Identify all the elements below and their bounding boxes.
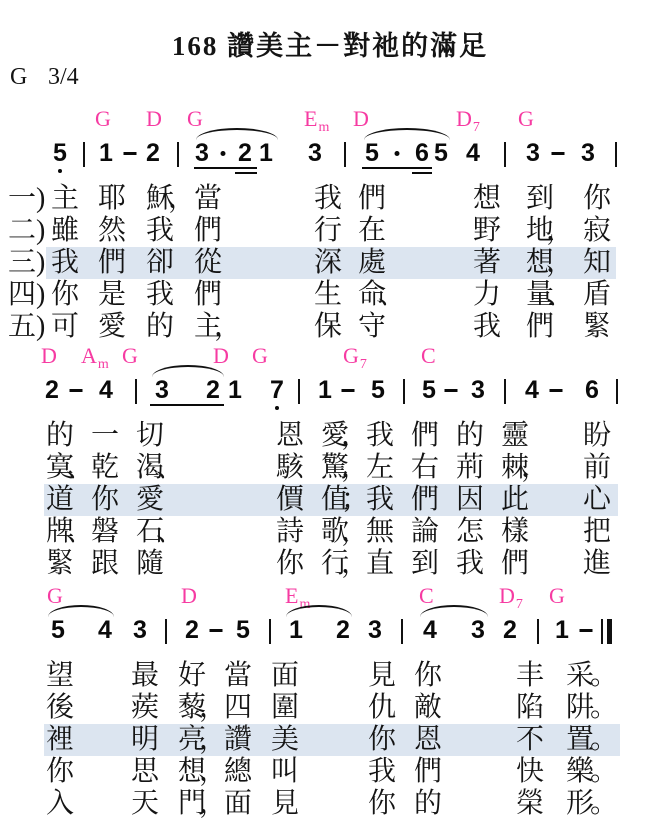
lyric-char: 我	[368, 756, 396, 788]
note-digit: 5	[422, 377, 436, 403]
lyric-char: 思	[131, 756, 159, 788]
lyric-char: 把	[583, 516, 611, 548]
lyric-char: 可	[51, 311, 79, 343]
lyric-char: 們	[98, 247, 126, 279]
augmentation-dot	[395, 151, 400, 156]
note-digit: 3	[155, 377, 169, 403]
note-digit: 3	[471, 377, 485, 403]
note-digit: 5	[434, 140, 448, 166]
lyric-char: 不	[516, 724, 544, 756]
verse-label: 五)	[8, 311, 45, 343]
lyric-char: 入	[46, 788, 74, 820]
time-signature: 3/4	[48, 64, 79, 91]
barline	[401, 619, 403, 644]
lyric-char: 、	[66, 452, 94, 484]
note-digit: 5	[236, 617, 250, 643]
duration-dash	[70, 389, 83, 392]
lyric-char: 直	[366, 548, 394, 580]
note-digit: 1	[555, 617, 569, 643]
lyric-char: ，	[341, 548, 369, 580]
lyric-char: 明	[131, 724, 159, 756]
note-digit: 4	[525, 377, 539, 403]
note-underline	[150, 404, 224, 406]
lyric-char: 你	[51, 279, 79, 311]
lyric-char: 寂	[583, 215, 611, 247]
note-digit: 2	[503, 617, 517, 643]
music-system-1: GDGEmDD7G5123213565433一)主耶穌，當我們想到你二)雖然我們…	[0, 107, 645, 344]
lyric-char: 著	[473, 247, 501, 279]
lyric-char: ，	[214, 311, 242, 343]
lyric-char: 的	[414, 788, 442, 820]
lyric-char: 在	[358, 215, 386, 247]
note-digit: 1	[318, 377, 332, 403]
barline	[135, 379, 137, 404]
chord-symbol: D	[181, 584, 197, 608]
lyric-char: 乾	[91, 452, 119, 484]
lyric-char: 想	[473, 183, 501, 215]
lyric-char: 緊	[583, 311, 611, 343]
note-digit: 7	[270, 377, 284, 403]
lyric-char: ，	[521, 452, 549, 484]
chord-symbol: G7	[343, 344, 367, 372]
verse-label: 四)	[8, 279, 45, 311]
lyric-char: 前	[583, 452, 611, 484]
lyric-char: 跟	[91, 548, 119, 580]
lyric-char: 恩	[414, 724, 442, 756]
octave-low-dot	[58, 169, 62, 173]
lyric-char: 後	[46, 692, 74, 724]
note-digit: 2	[146, 140, 160, 166]
lyric-char: ，	[199, 756, 227, 788]
lyric-char: 叫	[271, 756, 299, 788]
note-digit: 3	[133, 617, 147, 643]
lyric-char: 當	[224, 660, 252, 692]
lyric-char: 樣	[501, 516, 529, 548]
lyric-char: 榮	[516, 788, 544, 820]
note-underline	[412, 172, 432, 174]
chord-symbol: G	[252, 344, 268, 368]
lyric-line: 道你愛價值；我們因此心	[0, 484, 645, 516]
chord-symbol: G	[187, 107, 203, 131]
verse-label: 一)	[8, 183, 45, 215]
lyric-char: 知	[583, 247, 611, 279]
lyric-char: 力	[473, 279, 501, 311]
chord-symbol: G	[95, 107, 111, 131]
note-digit: 1	[99, 140, 113, 166]
lyric-char: 丰	[516, 660, 544, 692]
note-digit: 1	[289, 617, 303, 643]
lyric-char: 進	[583, 548, 611, 580]
lyric-line: 三)我們卻從深處著想，知	[0, 247, 645, 279]
lyric-char: 愛	[136, 484, 164, 516]
lyric-char: 雖	[51, 215, 79, 247]
lyric-char: ，	[341, 516, 369, 548]
lyric-char: 論	[411, 516, 439, 548]
lyric-char: ，	[546, 247, 574, 279]
chord-symbol: Am	[81, 344, 109, 372]
lyric-char: 。	[590, 660, 618, 692]
lyric-char: 無	[366, 516, 394, 548]
lyric-char: 當	[194, 183, 222, 215]
barline	[615, 142, 617, 167]
note-digit: 3	[195, 140, 209, 166]
lyric-char: 們	[411, 420, 439, 452]
lyric-char: 望	[46, 660, 74, 692]
barline	[177, 142, 179, 167]
barline	[83, 142, 85, 167]
lyric-char: ，	[199, 692, 227, 724]
augmentation-dot	[221, 151, 226, 156]
note-digit: 6	[585, 377, 599, 403]
chord-symbol: G	[549, 584, 565, 608]
barline	[344, 142, 346, 167]
lyric-char: 野	[473, 215, 501, 247]
lyric-char: 你	[91, 484, 119, 516]
note-digit: 1	[259, 140, 273, 166]
chord-subscript: 7	[516, 597, 523, 612]
lyric-line: 四)你是我們生命、力量、盾	[0, 279, 645, 311]
lyric-char: 、	[378, 279, 406, 311]
lyric-char: 耶	[98, 183, 126, 215]
lyric-line: 入天門，面見你的榮形。	[0, 788, 645, 820]
duration-dash	[580, 629, 593, 632]
final-barline-thin	[601, 619, 603, 644]
lyric-char: 你	[368, 788, 396, 820]
lyric-char: 守	[358, 311, 386, 343]
lyric-char: 美	[271, 724, 299, 756]
lyric-char: 怎	[456, 516, 484, 548]
lyric-line: 緊跟隨你行，直到我們進	[0, 548, 645, 580]
lyric-char: 快	[516, 756, 544, 788]
chord-symbol: C	[421, 344, 436, 368]
lyric-line: 牌、磐石、詩歌，無論怎樣把	[0, 516, 645, 548]
lyric-char: 我	[456, 548, 484, 580]
lyric-char: 見	[271, 788, 299, 820]
lyric-char: ，	[341, 452, 369, 484]
lyric-char: 到	[526, 183, 554, 215]
lyric-char: 我	[473, 311, 501, 343]
note-digit: 5	[51, 617, 65, 643]
note-digit: 4	[423, 617, 437, 643]
chord-symbol: D	[213, 344, 229, 368]
lyric-char: 左	[366, 452, 394, 484]
lyric-char: 盼	[583, 420, 611, 452]
lyric-char: 詩	[276, 516, 304, 548]
note-digit: 3	[526, 140, 540, 166]
note-digit: 4	[99, 377, 113, 403]
song-title: 168 讚美主－對祂的滿足	[172, 24, 488, 63]
lyric-char: ，	[168, 183, 196, 215]
lyric-char: 們	[526, 311, 554, 343]
note-digit: 5	[371, 377, 385, 403]
lyric-char: 心	[583, 484, 611, 516]
lyric-line: 你思想，總叫我們快樂。	[0, 756, 645, 788]
chord-symbol: D	[146, 107, 162, 131]
chord-symbol: C	[419, 584, 434, 608]
lyric-char: 價	[276, 484, 304, 516]
lyric-char: 的	[146, 311, 174, 343]
barline	[269, 619, 271, 644]
note-digit: 4	[98, 617, 112, 643]
chord-symbol: G	[518, 107, 534, 131]
lyric-char: 天	[131, 788, 159, 820]
lyric-char: 駭	[276, 452, 304, 484]
duration-dash	[550, 389, 563, 392]
lyric-line: 寞、乾渴、駭驚，左右荊棘，前	[0, 452, 645, 484]
lyric-char: 仇	[368, 692, 396, 724]
lyric-char: 裡	[46, 724, 74, 756]
hymn-sheet-page: 168 讚美主－對祂的滿足 G 3/4 GDGEmDD7G51232135654…	[0, 0, 645, 831]
lyric-char: 們	[194, 279, 222, 311]
lyric-char: 。	[590, 756, 618, 788]
lyric-char: ，	[199, 724, 227, 756]
lyric-char: ，	[546, 215, 574, 247]
lyric-char: 們	[501, 548, 529, 580]
barline	[165, 619, 167, 644]
lyric-char: 你	[368, 724, 396, 756]
lyric-char: 們	[411, 484, 439, 516]
lyric-char: 我	[366, 484, 394, 516]
note-digit: 2	[206, 377, 220, 403]
duration-dash	[124, 152, 137, 155]
duration-dash	[342, 389, 355, 392]
lyric-char: 、	[156, 452, 184, 484]
chord-symbol: Em	[304, 107, 329, 135]
lyric-line: 的一切恩愛，我們的靈盼	[0, 420, 645, 452]
final-barline-thick	[607, 619, 612, 644]
lyric-char: 你	[414, 660, 442, 692]
lyric-char: 深	[314, 247, 342, 279]
lyric-line: 後蒺藜，四圍仇敵陷阱。	[0, 692, 645, 724]
chord-symbol: D7	[456, 107, 480, 135]
lyric-char: 行	[314, 215, 342, 247]
lyric-char: 愛	[98, 311, 126, 343]
lyric-char: 從	[194, 247, 222, 279]
chord-symbol: G	[122, 344, 138, 368]
note-digit: 5	[365, 140, 379, 166]
lyric-char: 、	[546, 279, 574, 311]
note-underline	[235, 172, 257, 174]
chord-symbol: D	[353, 107, 369, 131]
barline	[537, 619, 539, 644]
lyric-char: 、	[156, 516, 184, 548]
lyric-char: 們	[414, 756, 442, 788]
duration-dash	[210, 629, 223, 632]
lyric-char: 主	[51, 183, 79, 215]
music-system-3: GDEmCD7G543251234321望最好當面見你丰采。後蒺藜，四圍仇敵陷阱…	[0, 584, 645, 831]
barline	[504, 142, 506, 167]
lyric-char: 此	[501, 484, 529, 516]
lyric-char: 恩	[276, 420, 304, 452]
lyric-char: 你	[276, 548, 304, 580]
lyric-char: 荊	[456, 452, 484, 484]
chord-subscript: m	[318, 120, 329, 135]
lyric-line: 一)主耶穌，當我們想到你	[0, 183, 645, 215]
lyric-line: 二)雖然我們行在野地，寂	[0, 215, 645, 247]
lyric-char: 們	[358, 183, 386, 215]
lyric-line: 望最好當面見你丰采。	[0, 660, 645, 692]
lyric-char: 、	[66, 516, 94, 548]
lyric-line: 裡明亮，讚美你恩不置。	[0, 724, 645, 756]
lyric-char: ，	[199, 788, 227, 820]
lyric-char: 我	[51, 247, 79, 279]
lyric-char: 面	[271, 660, 299, 692]
lyric-char: 是	[98, 279, 126, 311]
lyric-char: 敵	[414, 692, 442, 724]
chord-symbol: D7	[499, 584, 523, 612]
lyric-char: 。	[590, 724, 618, 756]
lyric-char: ；	[341, 484, 369, 516]
lyric-char: 面	[224, 788, 252, 820]
lyric-char: 保	[314, 311, 342, 343]
chord-subscript: m	[98, 357, 109, 372]
lyric-line: 五)可愛的主，保守我們緊	[0, 311, 645, 343]
lyric-char: 卻	[146, 247, 174, 279]
music-system-2: DAmGDGG7C243217155346的一切恩愛，我們的靈盼寞、乾渴、駭驚，…	[0, 344, 645, 584]
lyric-char: 因	[456, 484, 484, 516]
lyric-char: 生	[314, 279, 342, 311]
lyric-char: 陷	[516, 692, 544, 724]
lyric-char: 見	[368, 660, 396, 692]
lyric-char: 。	[590, 788, 618, 820]
chord-subscript: 7	[473, 120, 480, 135]
lyric-char: 我	[366, 420, 394, 452]
lyric-char: 右	[411, 452, 439, 484]
lyric-char: 最	[131, 660, 159, 692]
lyric-char: 的	[456, 420, 484, 452]
barline	[298, 379, 300, 404]
lyric-char: 我	[314, 183, 342, 215]
lyric-char: 。	[590, 692, 618, 724]
key-signature: G	[10, 64, 27, 91]
barline	[616, 379, 618, 404]
note-digit: 3	[308, 140, 322, 166]
note-underline	[362, 167, 432, 169]
lyric-char: 蒺	[131, 692, 159, 724]
lyric-char: 的	[46, 420, 74, 452]
lyric-char: 們	[194, 215, 222, 247]
lyric-char: 四	[224, 692, 252, 724]
note-digit: 3	[368, 617, 382, 643]
octave-low-dot	[275, 406, 279, 410]
barline	[504, 379, 506, 404]
note-digit: 2	[336, 617, 350, 643]
note-digit: 2	[45, 377, 59, 403]
verse-label: 二)	[8, 215, 45, 247]
note-digit: 2	[238, 140, 252, 166]
lyric-char: 到	[411, 548, 439, 580]
note-underline	[194, 167, 257, 169]
lyric-char: 靈	[501, 420, 529, 452]
lyric-char: 好	[178, 660, 206, 692]
lyric-char: 我	[146, 279, 174, 311]
chord-symbol: G	[47, 584, 63, 608]
note-digit: 1	[228, 377, 242, 403]
chord-subscript: 7	[360, 357, 367, 372]
duration-dash	[552, 152, 565, 155]
lyric-char: 磐	[91, 516, 119, 548]
duration-dash	[445, 389, 458, 392]
verse-label: 三)	[8, 247, 45, 279]
note-digit: 3	[471, 617, 485, 643]
lyric-char: 你	[46, 756, 74, 788]
lyric-char: 處	[358, 247, 386, 279]
note-digit: 4	[466, 140, 480, 166]
lyric-char: 緊	[46, 548, 74, 580]
lyric-char: 隨	[136, 548, 164, 580]
lyric-char: 然	[98, 215, 126, 247]
note-digit: 2	[185, 617, 199, 643]
note-digit: 5	[53, 140, 67, 166]
lyric-char: 一	[91, 420, 119, 452]
lyric-char: ，	[341, 420, 369, 452]
barline	[403, 379, 405, 404]
lyric-char: 圍	[271, 692, 299, 724]
lyric-char: 盾	[583, 279, 611, 311]
lyric-char: 切	[136, 420, 164, 452]
lyric-char: 你	[583, 183, 611, 215]
lyric-char: 讚	[224, 724, 252, 756]
chord-symbol: D	[41, 344, 57, 368]
lyric-char: 我	[146, 215, 174, 247]
lyric-char: 總	[224, 756, 252, 788]
note-digit: 6	[415, 140, 429, 166]
lyric-char: 道	[46, 484, 74, 516]
note-digit: 3	[581, 140, 595, 166]
